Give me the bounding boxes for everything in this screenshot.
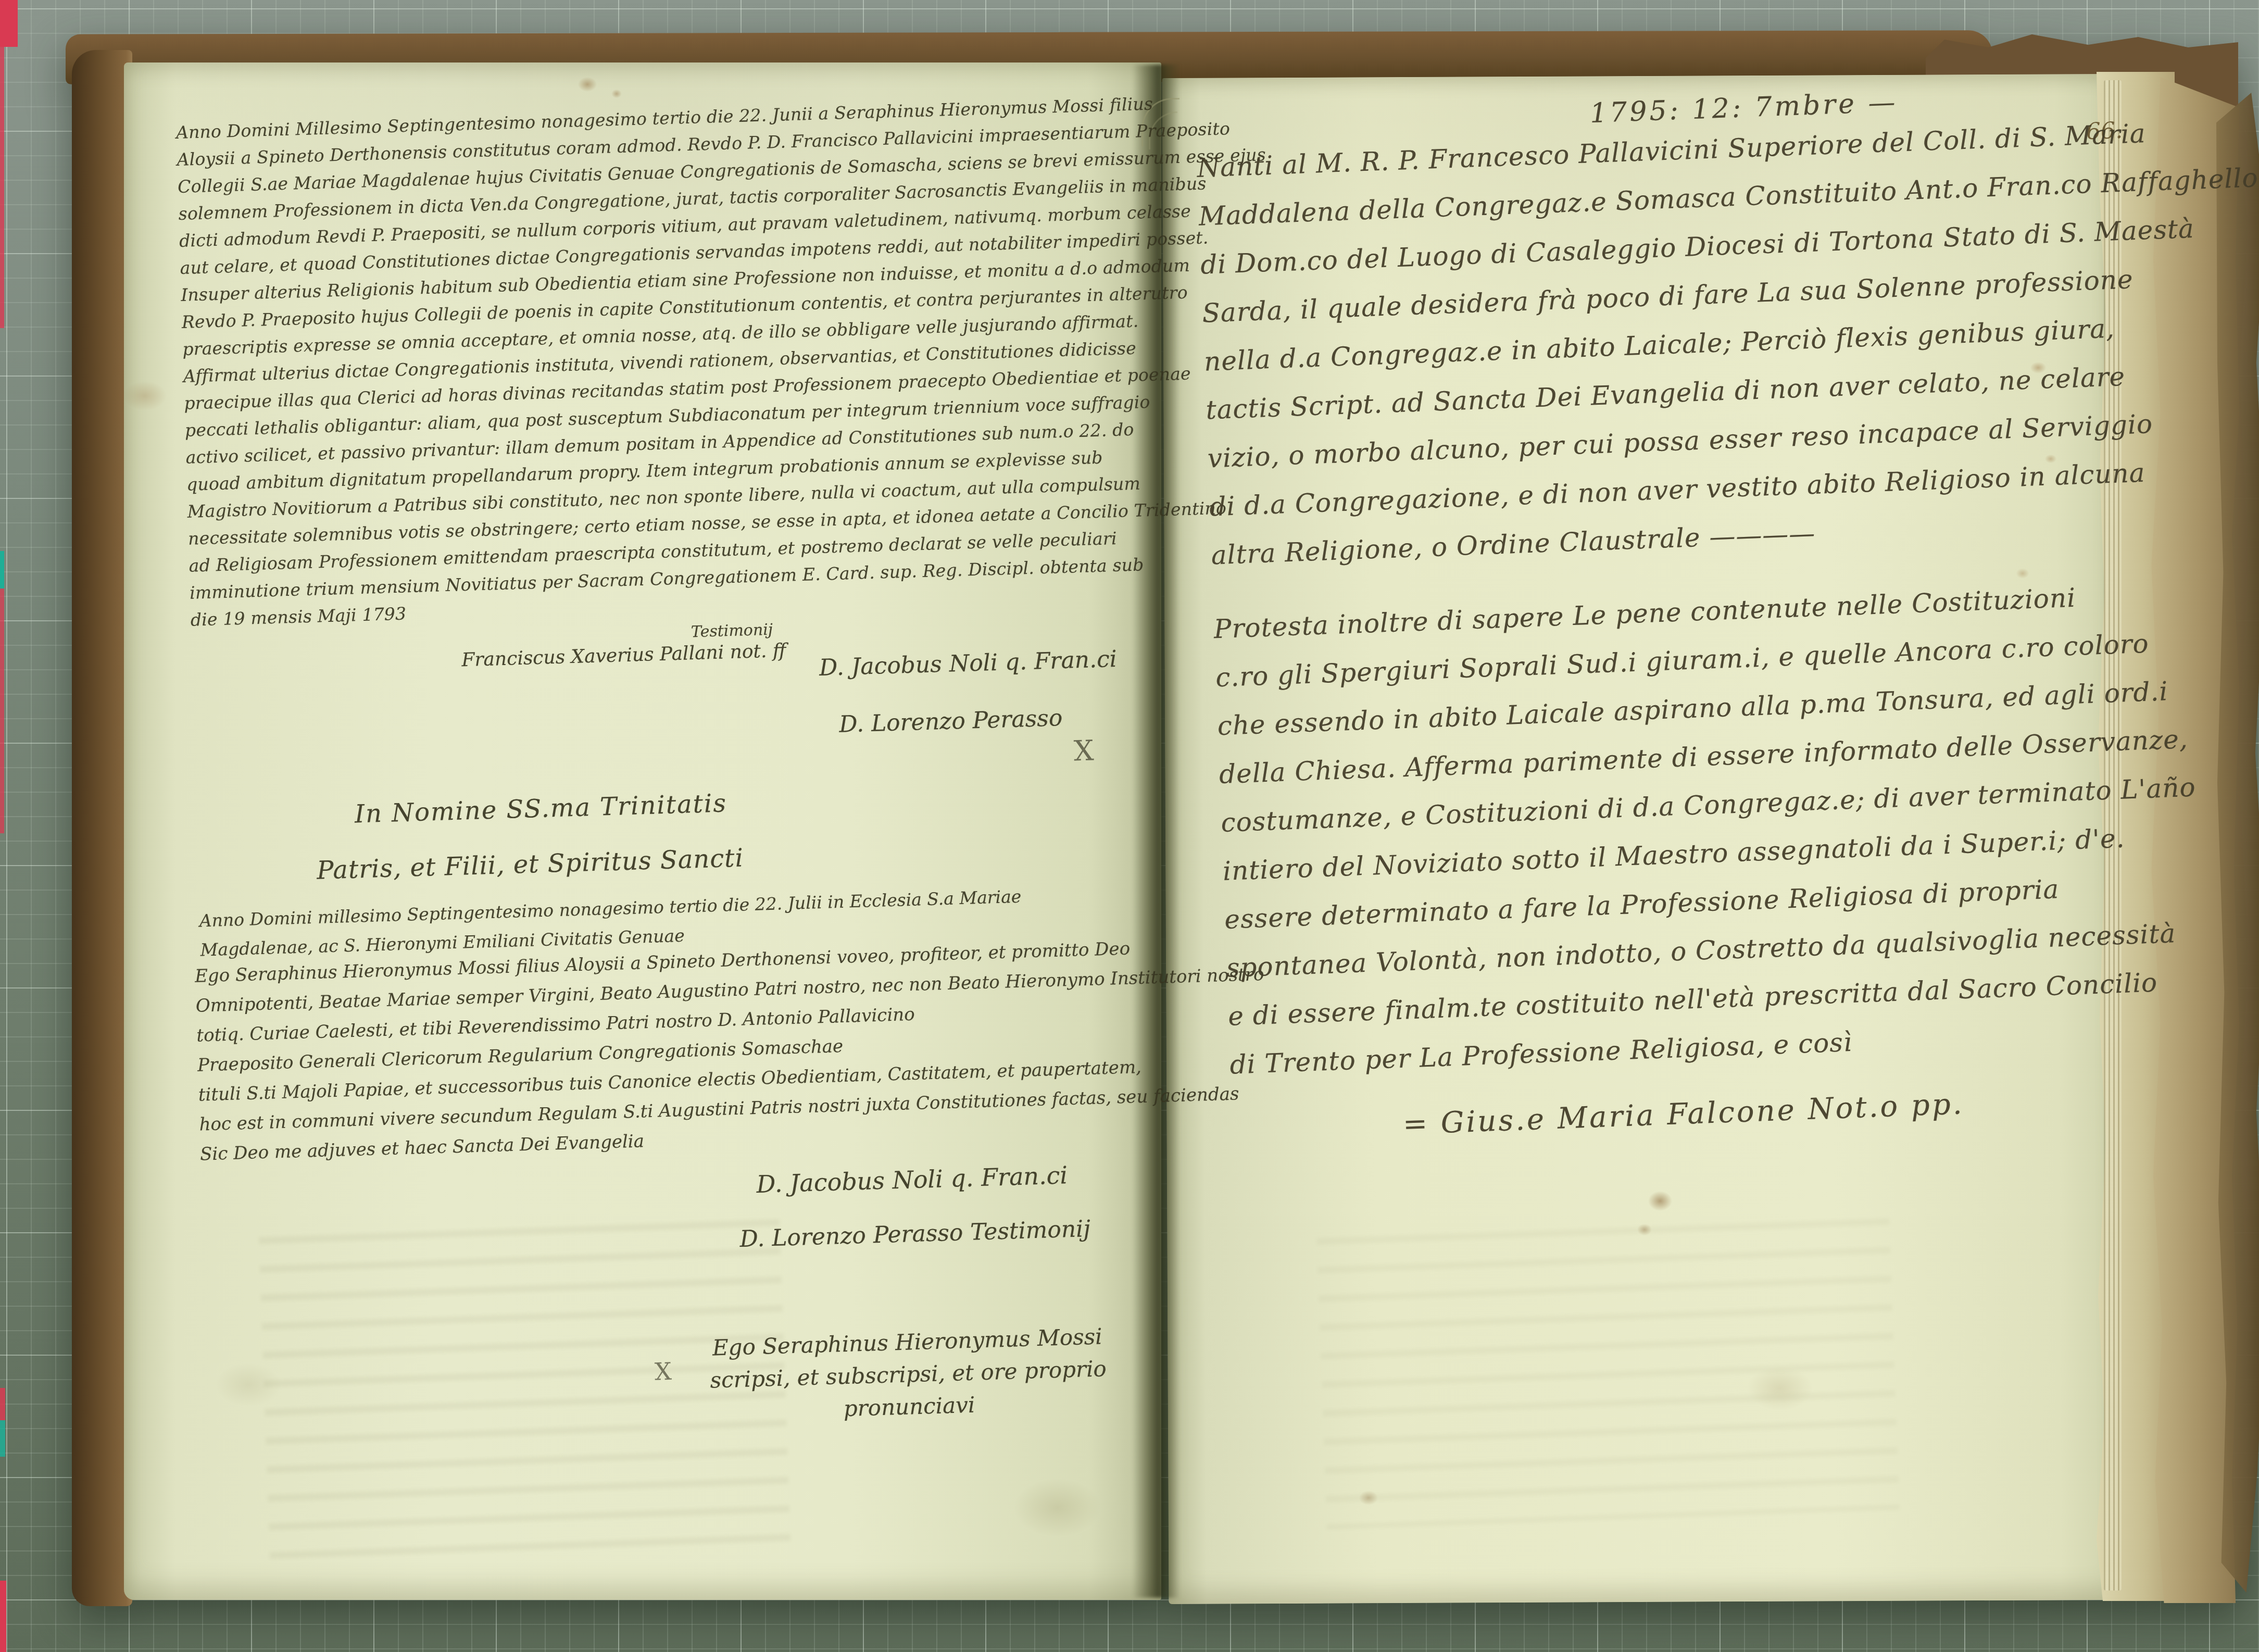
witness-signature-2: D. Lorenzo Perasso [839,705,1063,738]
latin-oath-paragraph: Anno Domini Millesimo Septingentesimo no… [175,90,1279,637]
leather-cover-spine-edge [72,50,132,1606]
notary-signature-right: = Gius.e Maria Falcone Not.o pp. [1402,1087,1965,1141]
invocation-heading-line2: Patris, et Filii, et Spiritus Sancti [316,843,744,885]
date-heading: 1795: 12: 7mbre — [1589,87,1898,130]
left-page-text-layer: Anno Domini Millesimo Septingentesimo no… [124,32,1207,1599]
witness-signature-1: D. Jacobus Noli q. Fran.ci [819,646,1117,681]
witness-signature-block2-line2: D. Lorenzo Perasso Testimonij [739,1216,1091,1253]
witness-label: Testimonij [691,621,773,642]
red-edge-marker [0,0,18,47]
pencil-x-mark: X [654,1357,672,1386]
teal-edge-marker [0,1420,5,1457]
teal-edge-marker [0,551,4,589]
invocation-heading: In Nomine SS.ma Trinitatis [354,789,727,829]
red-edge-marker [0,1581,6,1652]
manuscript-book: 66. Anno Domini Millesimo Septingentesim… [46,30,2239,1609]
autograph-attestation: Ego Seraphinus Hieronymus Mossiscripsi, … [709,1323,1108,1432]
red-edge-marker [0,1388,5,1420]
italian-protest-paragraph: Protesta inoltre di sapere Le pene conte… [1213,579,2206,1098]
right-page-text-layer: 1795: 12: 7mbre — Nanti al M. R. P. Fran… [1165,41,2169,1601]
red-edge-marker [0,589,4,833]
notary-signature: Franciscus Xaverius Pallani not. ff [461,640,786,671]
profession-vow-paragraph: Ego Seraphinus Hieronymus Mossi filius A… [195,934,1269,1174]
italian-declaration-paragraph: Nanti al M. R. P. Francesco Pallavicini … [1196,114,2259,589]
witness-signature-block2-line1: D. Jacobus Noli q. Fran.ci [756,1161,1068,1198]
pencil-x-mark: X [1073,734,1094,767]
photo-of-manuscript: { "photo": { "description": "Open bound … [0,0,2259,1652]
red-edge-marker [0,47,4,328]
